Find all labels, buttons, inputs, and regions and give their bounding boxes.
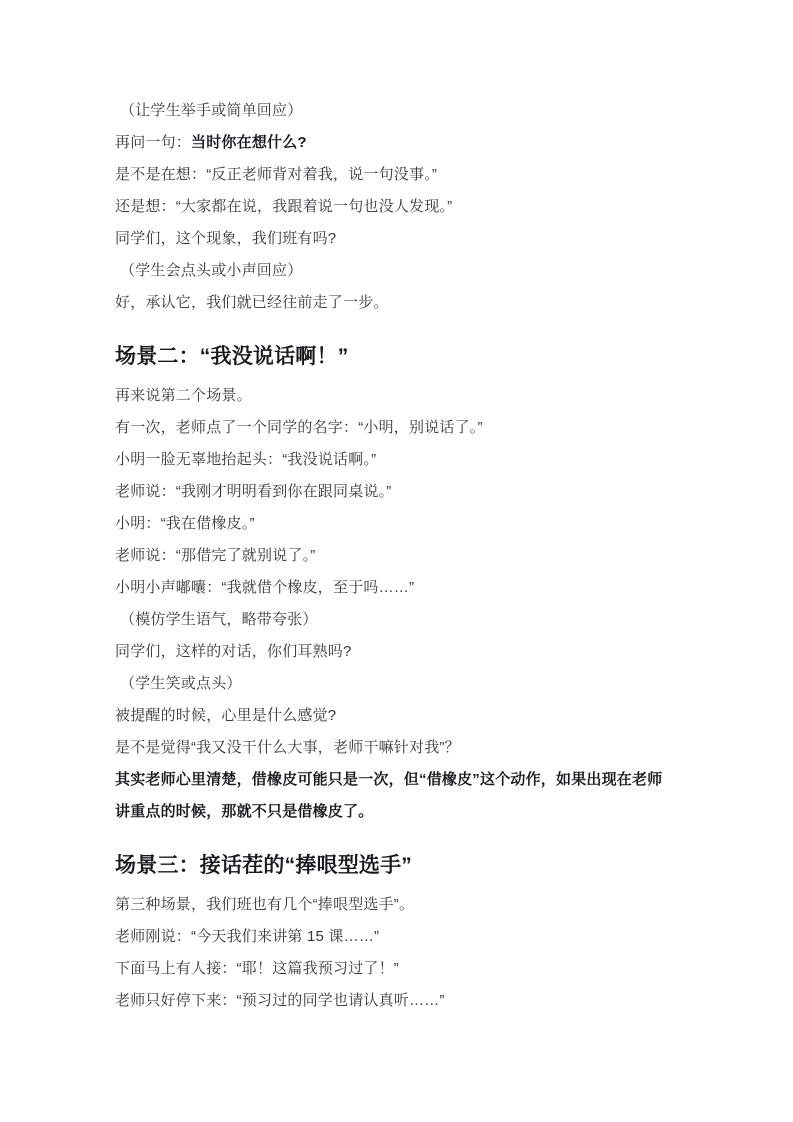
stage-direction: （模仿学生语气，略带夸张） <box>115 604 675 636</box>
paragraph: 是不是觉得“我又没干什么大事，老师干嘛针对我”？ <box>115 732 675 764</box>
question-bold-text: 当时你在想什么? <box>191 134 307 151</box>
document-page: （让学生举手或简单回应） 再问一句：当时你在想什么? 是不是在想：“反正老师背对… <box>0 0 793 1122</box>
paragraph: 老师只好停下来：“预习过的同学也请认真听……” <box>115 985 675 1017</box>
paragraph: 老师说：“我刚才明明看到你在跟同桌说。” <box>115 476 675 508</box>
question-prefix-text: 再问一句： <box>115 134 191 151</box>
paragraph: 再来说第二个场景。 <box>115 380 675 412</box>
paragraph: 小明：“我在借橡皮。” <box>115 508 675 540</box>
scene2-heading: 场景二：“我没说话啊！” <box>115 341 675 373</box>
paragraph: 下面马上有人接：“耶！这篇我预习过了！” <box>115 953 675 985</box>
paragraph: 有一次，老师点了一个同学的名字：“小明，别说话了。” <box>115 412 675 444</box>
stage-direction: （学生笑或点头） <box>115 668 675 700</box>
paragraph: 同学们，这个现象，我们班有吗? <box>115 223 675 255</box>
stage-direction: （让学生举手或简单回应） <box>115 95 675 127</box>
paragraph: 好，承认它，我们就已经往前走了一步。 <box>115 287 675 319</box>
emphasis-paragraph: 其实老师心里清楚，借橡皮可能只是一次，但“借橡皮”这个动作，如果出现在老师讲重点… <box>115 764 675 828</box>
paragraph: 第三种场景，我们班也有几个“捧哏型选手”。 <box>115 889 675 921</box>
paragraph: 被提醒的时候，心里是什么感觉? <box>115 700 675 732</box>
scene3-heading: 场景三：接话茬的“捧哏型选手” <box>115 850 675 882</box>
paragraph: 小明一脸无辜地抬起头：“我没说话啊。” <box>115 444 675 476</box>
paragraph: 还是想：“大家都在说，我跟着说一句也没人发现。” <box>115 191 675 223</box>
paragraph: 老师说：“那借完了就别说了。” <box>115 540 675 572</box>
document-content: （让学生举手或简单回应） 再问一句：当时你在想什么? 是不是在想：“反正老师背对… <box>0 0 793 1017</box>
paragraph: 老师刚说：“今天我们来讲第 15 课……” <box>115 921 675 953</box>
paragraph: 是不是在想：“反正老师背对着我，说一句没事。” <box>115 159 675 191</box>
stage-direction: （学生会点头或小声回应） <box>115 255 675 287</box>
paragraph: 同学们，这样的对话，你们耳熟吗? <box>115 636 675 668</box>
paragraph: 小明小声嘟囔：“我就借个橡皮，至于吗……” <box>115 572 675 604</box>
paragraph-question-lead: 再问一句：当时你在想什么? <box>115 127 675 159</box>
